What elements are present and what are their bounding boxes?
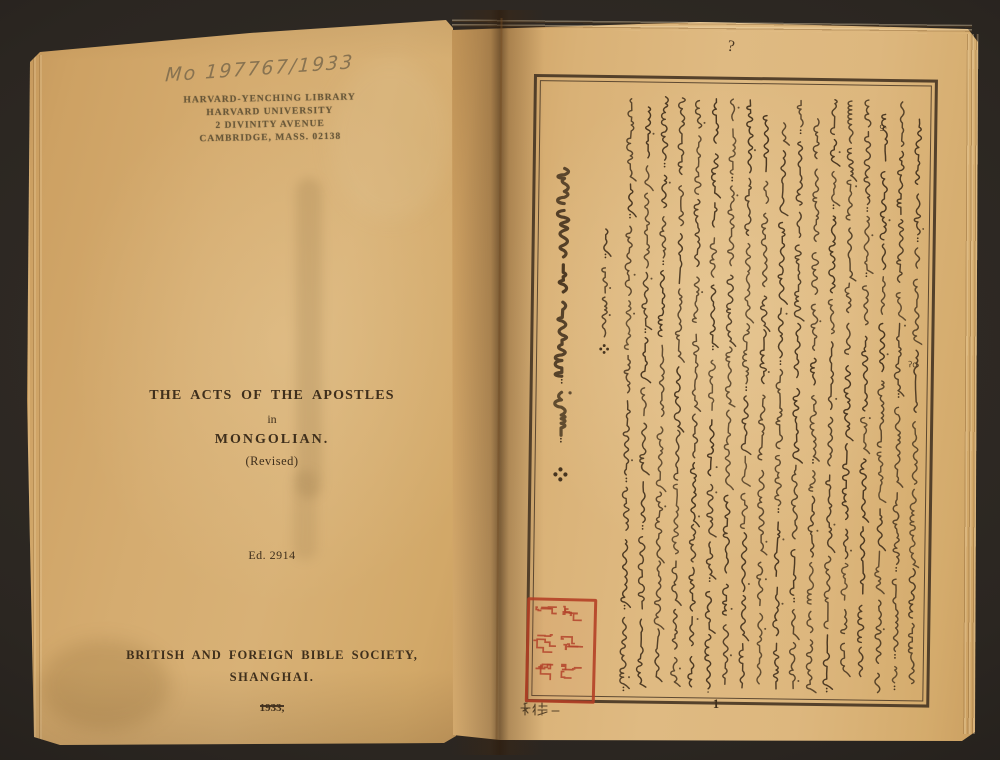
edition-number: Ed. 2914	[78, 548, 466, 563]
stamp-line: HARVARD-YENCHING LIBRARY	[95, 90, 445, 109]
harvard-yenching-library-seal	[525, 597, 598, 704]
chinese-characters-acts-one	[520, 702, 560, 718]
publication-year: 1933,	[78, 702, 466, 714]
book-title: THE ACTS OF THE APOSTLES	[78, 388, 466, 404]
page-number: 1	[704, 697, 728, 712]
paper-stain	[40, 640, 170, 730]
show-through-ghost	[296, 178, 322, 498]
book-title-connector: in	[78, 412, 466, 427]
stamp-line: CAMBRIDGE, MASS. 02138	[95, 129, 445, 148]
publisher-city: SHANGHAI.	[78, 670, 466, 685]
book-title-language: MONGOLIAN.	[78, 432, 466, 448]
svg-text:9·: 9·	[879, 124, 887, 134]
paper-highlight	[330, 60, 450, 220]
library-stamp: HARVARD-YENCHING LIBRARY HARVARD UNIVERS…	[95, 90, 446, 148]
divider-rule	[78, 694, 466, 712]
show-through-ghost	[293, 470, 317, 560]
handwritten-call-number: Mo 197767/1933	[165, 48, 406, 87]
stamp-line: HARVARD UNIVERSITY	[95, 103, 445, 122]
publisher-name: BRITISH AND FOREIGN BIBLE SOCIETY,	[78, 648, 466, 663]
chinese-running-title	[520, 702, 560, 723]
revision-note: (Revised)	[78, 454, 466, 469]
left-page-fore-edge	[27, 55, 43, 745]
stamp-line: 2 DIVINITY AVENUE	[95, 116, 445, 135]
seal-script-characters	[529, 601, 587, 693]
left-page: Mo 197767/1933 HARVARD-YENCHING LIBRARY …	[0, 0, 520, 760]
right-page-fore-edge	[963, 34, 980, 734]
svg-text:ʔo: ʔo	[908, 360, 918, 370]
book-scan-photo: Mo 197767/1933 HARVARD-YENCHING LIBRARY …	[0, 0, 1000, 760]
